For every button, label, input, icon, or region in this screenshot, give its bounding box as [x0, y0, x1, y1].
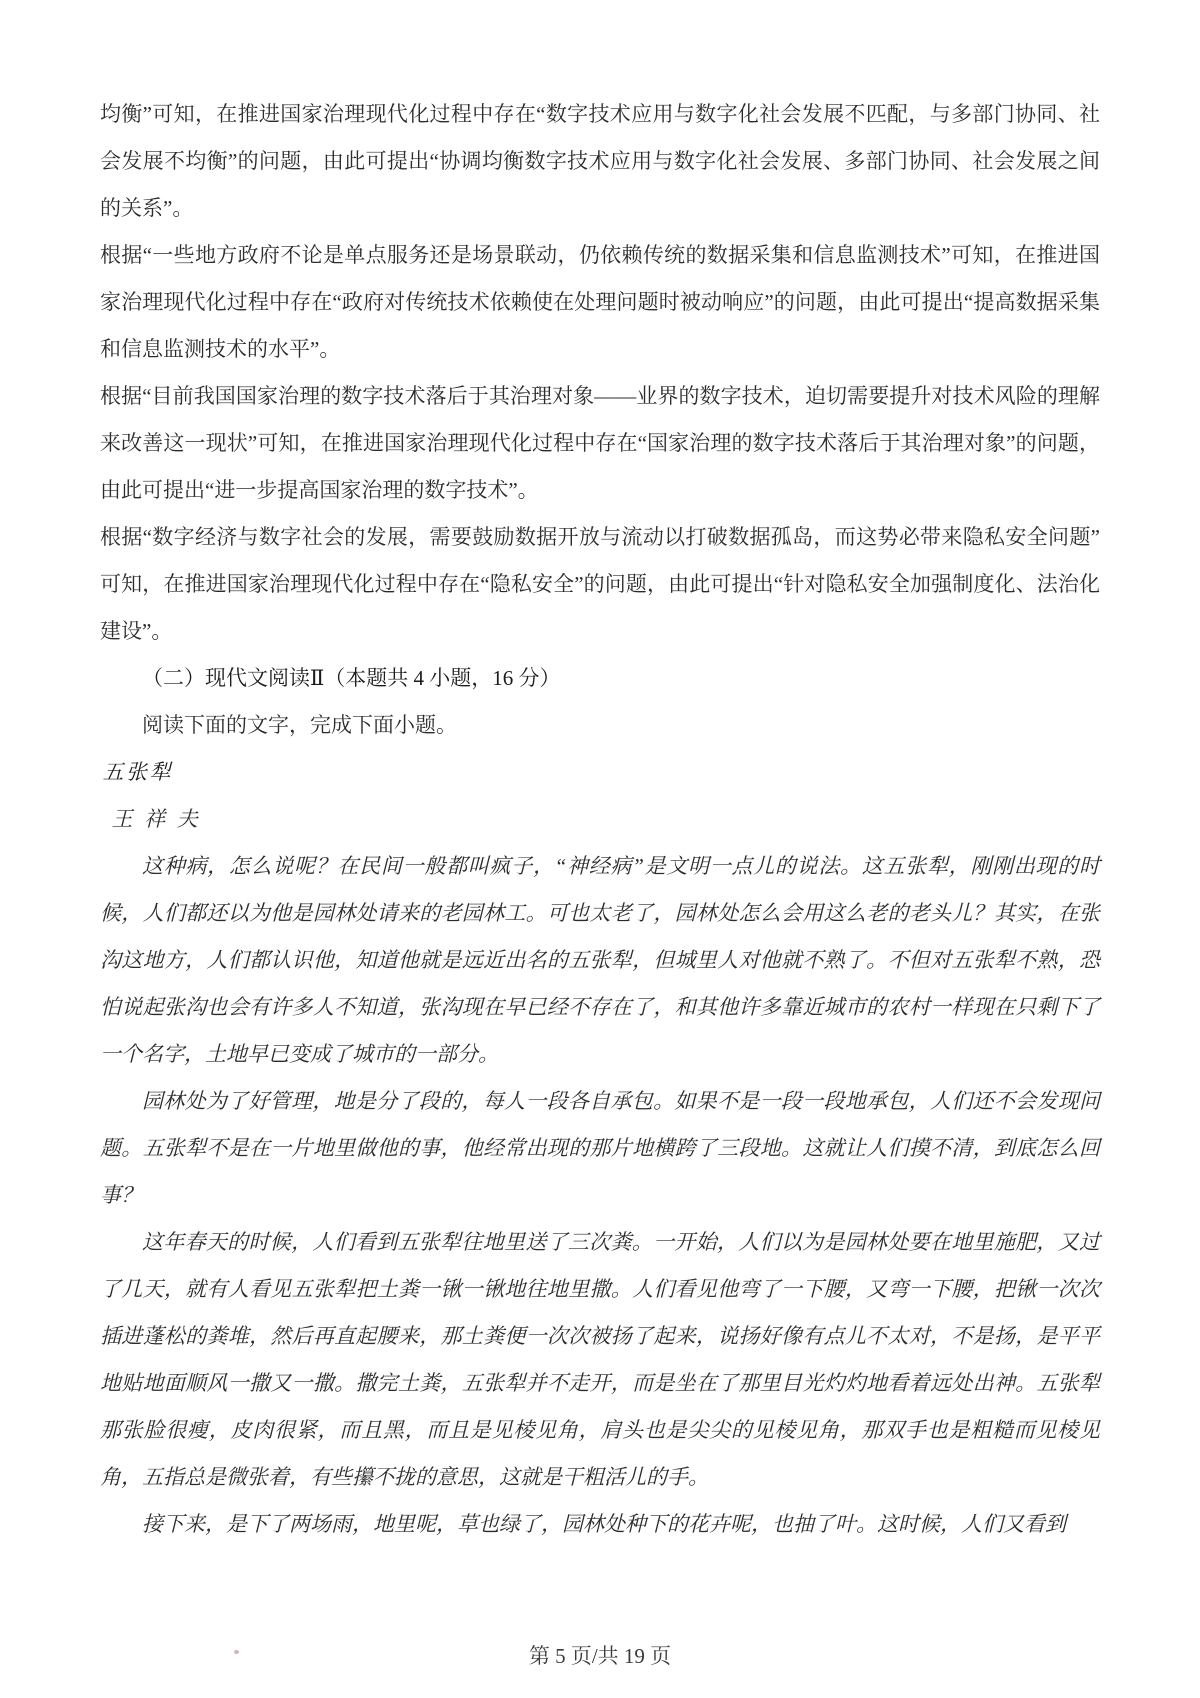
story-title: 五张犁 — [100, 749, 1100, 796]
story-paragraph-1: 这种病，怎么说呢？在民间一般都叫疯子，“神经病”是文明一点儿的说法。这五张犁，刚… — [100, 843, 1100, 1078]
analysis-paragraph-4: 根据“数字经济与数字社会的发展，需要鼓励数据开放与流动以打破数据孤岛，而这势必带… — [100, 514, 1100, 655]
section-header: （二）现代文阅读Ⅱ（本题共 4 小题，16 分） — [100, 655, 1100, 702]
analysis-paragraph-2: 根据“一些地方政府不论是单点服务还是场景联动，仍依赖传统的数据采集和信息监测技术… — [100, 232, 1100, 373]
page-content: 均衡”可知，在推进国家治理现代化过程中存在“数字技术应用与数字化社会发展不匹配，… — [100, 91, 1100, 1548]
story-paragraph-4: 接下来，是下了两场雨，地里呢，草也绿了，园林处种下的花卉呢，也抽了叶。这时候，人… — [100, 1501, 1100, 1548]
document-page: 均衡”可知，在推进国家治理现代化过程中存在“数字技术应用与数字化社会发展不匹配，… — [0, 0, 1200, 1698]
story-paragraph-2: 园林处为了好管理，地是分了段的，每人一段各自承包。如果不是一段一段地承包，人们还… — [100, 1078, 1100, 1219]
analysis-paragraph-3: 根据“目前我国国家治理的数字技术落后于其治理对象——业界的数字技术，迫切需要提升… — [100, 373, 1100, 514]
story-paragraph-3: 这年春天的时候，人们看到五张犁往地里送了三次粪。一开始，人们以为是园林处要在地里… — [100, 1219, 1100, 1501]
page-number: 第 5 页/共 19 页 — [0, 1633, 1200, 1680]
story-author: 王祥夫 — [100, 796, 1100, 843]
analysis-paragraph-1: 均衡”可知，在推进国家治理现代化过程中存在“数字技术应用与数字化社会发展不匹配，… — [100, 91, 1100, 232]
reading-prompt: 阅读下面的文字，完成下面小题。 — [100, 702, 1100, 749]
